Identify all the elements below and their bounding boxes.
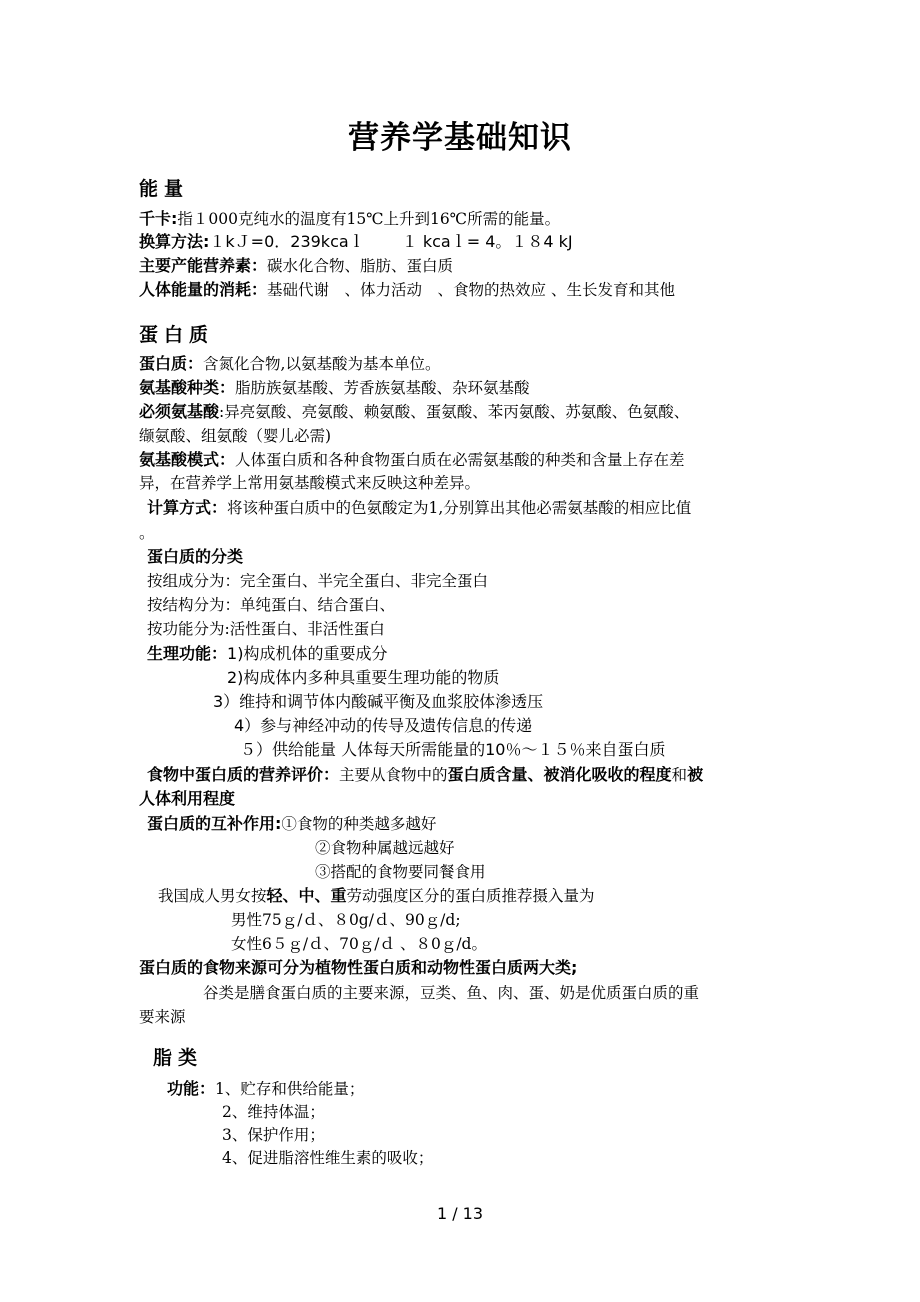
text: １kＪ=0．239kcaｌ １ kcaｌ= 4。１８4 kJ [209, 232, 572, 251]
label: 生理功能： [147, 644, 227, 663]
text: 缬氨酸、组氨酸（婴儿必需) [139, 427, 331, 445]
label: 必须氨基酸 [139, 402, 219, 421]
protein-amino-types: 氨基酸种类：脂肪族氨基酸、芳香族氨基酸、杂环氨基酸 [139, 377, 530, 399]
protein-calc-cont: 。 [139, 522, 155, 544]
section-heading-energy: 能量 [139, 174, 189, 201]
text: 异，在营养学上常用氨基酸模式来反映这种差异。 [139, 474, 480, 492]
energy-line-consumption: 人体能量的消耗：基础代谢 、体力活动 、食物的热效应 、生长发育和其他 [139, 279, 675, 301]
document-title: 营养学基础知识 [0, 112, 920, 157]
label: 换算方法: [139, 232, 209, 251]
label: 氨基酸模式： [139, 450, 235, 469]
emphasis: 蛋白质含量、被消化吸收的程度 [448, 765, 672, 784]
classification-item: 按功能分为:活性蛋白、非活性蛋白 [147, 618, 385, 640]
function-item: 3）维持和调节体内酸碱平衡及血浆胶体渗透压 [213, 691, 543, 713]
function-item: ５）供给能量 人体每天所需能量的10％～１５％来自蛋白质 [240, 739, 665, 761]
label: 氨基酸种类： [139, 378, 235, 397]
label: 功能： [167, 1079, 215, 1098]
label: 蛋白质： [139, 354, 203, 373]
protein-complement: 蛋白质的互补作用:①食物的种类越多越好 [147, 813, 436, 835]
complement-item: ②食物种属越远越好 [315, 837, 455, 859]
function-item: 1)构成机体的重要成分 [227, 644, 387, 663]
text: 我国成人男女按 [158, 887, 267, 905]
protein-essential: 必须氨基酸:异亮氨酸、亮氨酸、赖氨酸、蛋氨酸、苯丙氨酸、苏氨酸、色氨酸、 [139, 401, 689, 423]
text: 指１000克纯水的温度有15℃上升到16℃所需的能量。 [177, 210, 560, 228]
energy-line-kcal: 千卡:指１000克纯水的温度有15℃上升到16℃所需的能量。 [139, 208, 560, 230]
label: 蛋白质的互补作用: [147, 814, 281, 833]
complement-item: ①食物的种类越多越好 [281, 815, 436, 833]
lipid-function-item: 3、保护作用； [222, 1124, 325, 1146]
protein-calc: 计算方式：将该种蛋白质中的色氨酸定为1,分别算出其他必需氨基酸的相应比值 [147, 497, 691, 519]
function-item: 2)构成体内多种具重要生理功能的物质 [227, 667, 499, 689]
complement-item: ③搭配的食物要同餐食用 [315, 861, 486, 883]
lipid-function-item: 1、贮存和供给能量； [215, 1080, 364, 1098]
protein-definition: 蛋白质：含氮化合物,以氨基酸为基本单位。 [139, 353, 440, 375]
classification-item: 按结构分为：单纯蛋白、结合蛋白、 [147, 594, 395, 616]
lipids-functions: 功能：1、贮存和供给能量； [167, 1078, 364, 1100]
emphasis: 被 [687, 765, 703, 784]
text: 碳水化合物、脂肪、蛋白质 [267, 257, 453, 275]
intake-female: 女性6５ｇ/ｄ、70ｇ/ｄ 、８0ｇ/d。 [231, 933, 487, 955]
label: 千卡: [139, 209, 177, 228]
function-item: 4）参与神经冲动的传导及遗传信息的传递 [234, 715, 532, 737]
protein-classification-heading: 蛋白质的分类 [147, 546, 243, 568]
protein-essential-cont: 缬氨酸、组氨酸（婴儿必需) [139, 425, 331, 447]
classification-item: 按组成分为：完全蛋白、半完全蛋白、非完全蛋白 [147, 570, 488, 592]
protein-sources-heading: 蛋白质的食物来源可分为植物性蛋白质和动物性蛋白质两大类; [139, 957, 577, 979]
text: 主要从食物中的 [339, 766, 448, 784]
lipid-function-item: 4、促进脂溶性维生素的吸收； [222, 1147, 433, 1169]
intake-male: 男性75ｇ/ｄ、８0g/ｄ、90ｇ/d; [231, 909, 461, 931]
energy-line-conversion: 换算方法:１kＪ=0．239kcaｌ １ kcaｌ= 4。１８4 kJ [139, 231, 573, 253]
protein-sources-text: 谷类是膳食蛋白质的主要来源，豆类、鱼、肉、蛋、奶是优质蛋白质的重 [203, 982, 699, 1004]
text: 。 [139, 524, 155, 542]
text: 含氮化合物,以氨基酸为基本单位。 [203, 355, 440, 373]
energy-line-nutrients: 主要产能营养素：碳水化合物、脂肪、蛋白质 [139, 255, 453, 277]
protein-evaluation-cont: 人体利用程度 [139, 788, 235, 810]
protein-intake: 我国成人男女按轻、中、重劳动强度区分的蛋白质推荐摄入量为 [158, 885, 595, 907]
label: 人体能量的消耗： [139, 280, 267, 299]
text: 和 [672, 766, 688, 784]
document-page: 营养学基础知识 能量 千卡:指１000克纯水的温度有15℃上升到16℃所需的能量… [0, 0, 920, 1302]
label: 主要产能营养素： [139, 256, 267, 275]
protein-sources-cont: 要来源 [139, 1006, 186, 1028]
text: 将该种蛋白质中的色氨酸定为1,分别算出其他必需氨基酸的相应比值 [227, 499, 691, 517]
protein-pattern-cont: 异，在营养学上常用氨基酸模式来反映这种差异。 [139, 472, 480, 494]
protein-evaluation: 食物中蛋白质的营养评价：主要从食物中的蛋白质含量、被消化吸收的程度和被 [147, 764, 703, 786]
page-indicator: 1 / 13 [0, 1204, 920, 1223]
text: 基础代谢 、体力活动 、食物的热效应 、生长发育和其他 [267, 281, 675, 299]
section-heading-lipids: 脂类 [153, 1043, 203, 1070]
emphasis: 轻、中、重 [267, 886, 347, 905]
text: 人体蛋白质和各种食物蛋白质在必需氨基酸的种类和含量上存在差 [235, 451, 685, 469]
text: 脂肪族氨基酸、芳香族氨基酸、杂环氨基酸 [235, 379, 530, 397]
protein-pattern: 氨基酸模式：人体蛋白质和各种食物蛋白质在必需氨基酸的种类和含量上存在差 [139, 449, 685, 471]
lipid-function-item: 2、维持体温； [222, 1101, 325, 1123]
text: :异亮氨酸、亮氨酸、赖氨酸、蛋氨酸、苯丙氨酸、苏氨酸、色氨酸、 [219, 403, 689, 421]
protein-functions: 生理功能：1)构成机体的重要成分 [147, 643, 387, 665]
label: 食物中蛋白质的营养评价： [147, 765, 339, 784]
label: 计算方式： [147, 498, 227, 517]
section-heading-protein: 蛋白质 [139, 320, 214, 347]
text: 劳动强度区分的蛋白质推荐摄入量为 [347, 887, 595, 905]
